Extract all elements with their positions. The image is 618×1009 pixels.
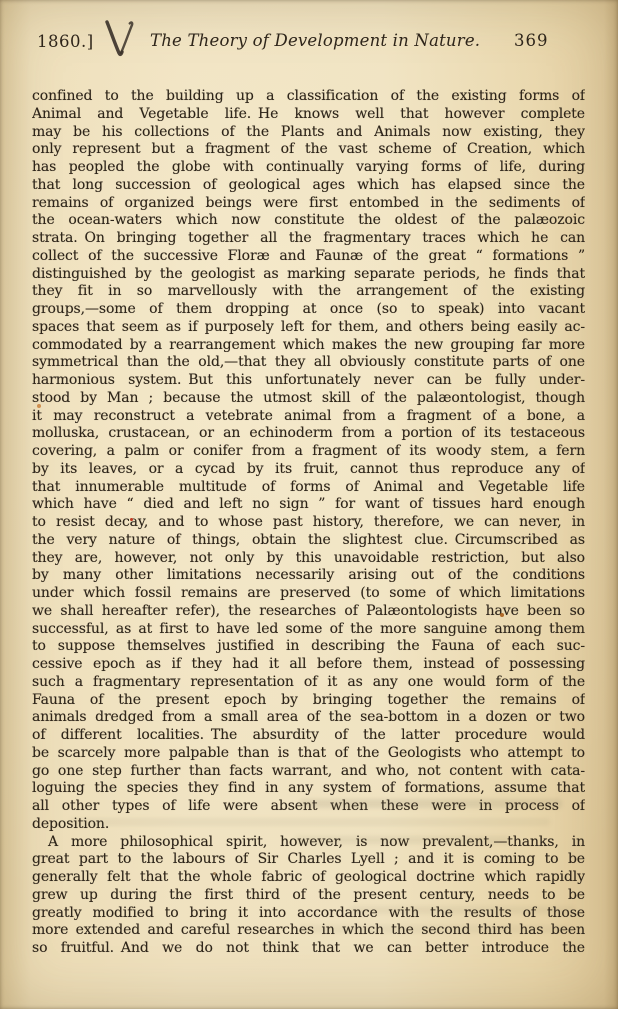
running-title: The Theory of Development in Nature. xyxy=(150,31,435,50)
text-line: Fauna of the present epoch by bringing t… xyxy=(32,692,585,710)
text-line: cessive epoch as if they had it all befo… xyxy=(32,656,585,674)
text-line: Animal and Vegetable life. He knows well… xyxy=(32,106,585,124)
text-line: it may reconstruct a vetebrate animal fr… xyxy=(32,408,585,426)
handwritten-checkmark-icon xyxy=(102,18,142,62)
text-line: great part to the labours of Sir Charles… xyxy=(32,851,585,869)
text-line: deposition. xyxy=(32,816,585,834)
text-line: has peopled the globe with continually v… xyxy=(32,159,585,177)
text-line: the ocean-waters which now constitute th… xyxy=(32,212,585,230)
text-line: generally felt that the whole fabric of … xyxy=(32,869,585,887)
text-line: to suppose themselves justified in descr… xyxy=(32,638,585,656)
text-line: of different localities. The absurdity o… xyxy=(32,727,585,745)
text-line: they are, however, not only by this unav… xyxy=(32,550,585,568)
text-line: more extended and careful researches in … xyxy=(32,922,585,940)
text-line: that innumerable multitude of forms of A… xyxy=(32,479,585,497)
text-line: collect of the successive Floræ and Faun… xyxy=(32,248,585,266)
text-line: groups,—some of them dropping at once (s… xyxy=(32,301,585,319)
text-line: strata. On bringing together all the fra… xyxy=(32,230,585,248)
text-line: by its leaves, or a cycad by its fruit, … xyxy=(32,461,585,479)
text-line: by many other limitations necessarily ar… xyxy=(32,567,585,585)
page-number: 369 xyxy=(514,31,549,50)
text-line: go one step further than facts warrant, … xyxy=(32,763,585,781)
text-line: symmetrical than the old,—that they all … xyxy=(32,354,585,372)
text-line: remains of organized beings were first e… xyxy=(32,195,585,213)
text-line: confined to the building up a classifica… xyxy=(32,88,585,106)
text-line: harmonious system. But this unfortunatel… xyxy=(32,372,585,390)
scanned-book-page: 1860.] The Theory of Development in Natu… xyxy=(0,0,618,1009)
text-line: greatly modified to bring it into accord… xyxy=(32,905,585,923)
text-line: the very nature of things, obtain the sl… xyxy=(32,532,585,550)
header-year-bracket: 1860.] xyxy=(37,32,94,51)
text-line: stood by Man ; because the utmost skill … xyxy=(32,390,585,408)
text-line: successful, as at first to have led some… xyxy=(32,621,585,639)
text-line: under which fossil remains are preserved… xyxy=(32,585,585,603)
page-edge-shading xyxy=(604,0,618,1009)
text-line: so fruitful. And we do not think that we… xyxy=(32,940,585,958)
text-line: spaces that seem as if purposely left fo… xyxy=(32,319,585,337)
text-line: they fit in so marvellously with the arr… xyxy=(32,283,585,301)
text-line: loguing the species they find in any sys… xyxy=(32,780,585,798)
text-line: grew up during the first third of the pr… xyxy=(32,887,585,905)
page-header: 1860.] The Theory of Development in Natu… xyxy=(0,0,618,70)
text-line: be scarcely more palpable than is that o… xyxy=(32,745,585,763)
text-line: covering, a palm or conifer from a fragm… xyxy=(32,443,585,461)
text-line: animals dredged from a small area of the… xyxy=(32,709,585,727)
text-line: all other types of life were absent when… xyxy=(32,798,585,816)
paragraph-philosophical-spirit: A more philosophical spirit, however, is… xyxy=(32,834,585,958)
text-line: only represent but a fragment of the vas… xyxy=(32,141,585,159)
text-line: commodated by a rearrangement which make… xyxy=(32,337,585,355)
text-line: distinguished by the geologist as markin… xyxy=(32,266,585,284)
text-line: that long succession of geological ages … xyxy=(32,177,585,195)
text-line: which have “ died and left no sign ” for… xyxy=(32,496,585,514)
text-line: A more philosophical spirit, however, is… xyxy=(32,834,585,852)
text-column: confined to the building up a classifica… xyxy=(32,88,585,958)
text-line: molluska, crustacean, or an echinoderm f… xyxy=(32,425,585,443)
text-line: we shall hereafter refer), the researche… xyxy=(32,603,585,621)
text-line: such a fragmentary representation of it … xyxy=(32,674,585,692)
text-line: to resist decay, and to whose past histo… xyxy=(32,514,585,532)
text-line: may be his collections of the Plants and… xyxy=(32,124,585,142)
paragraph-main: confined to the building up a classifica… xyxy=(32,88,585,834)
